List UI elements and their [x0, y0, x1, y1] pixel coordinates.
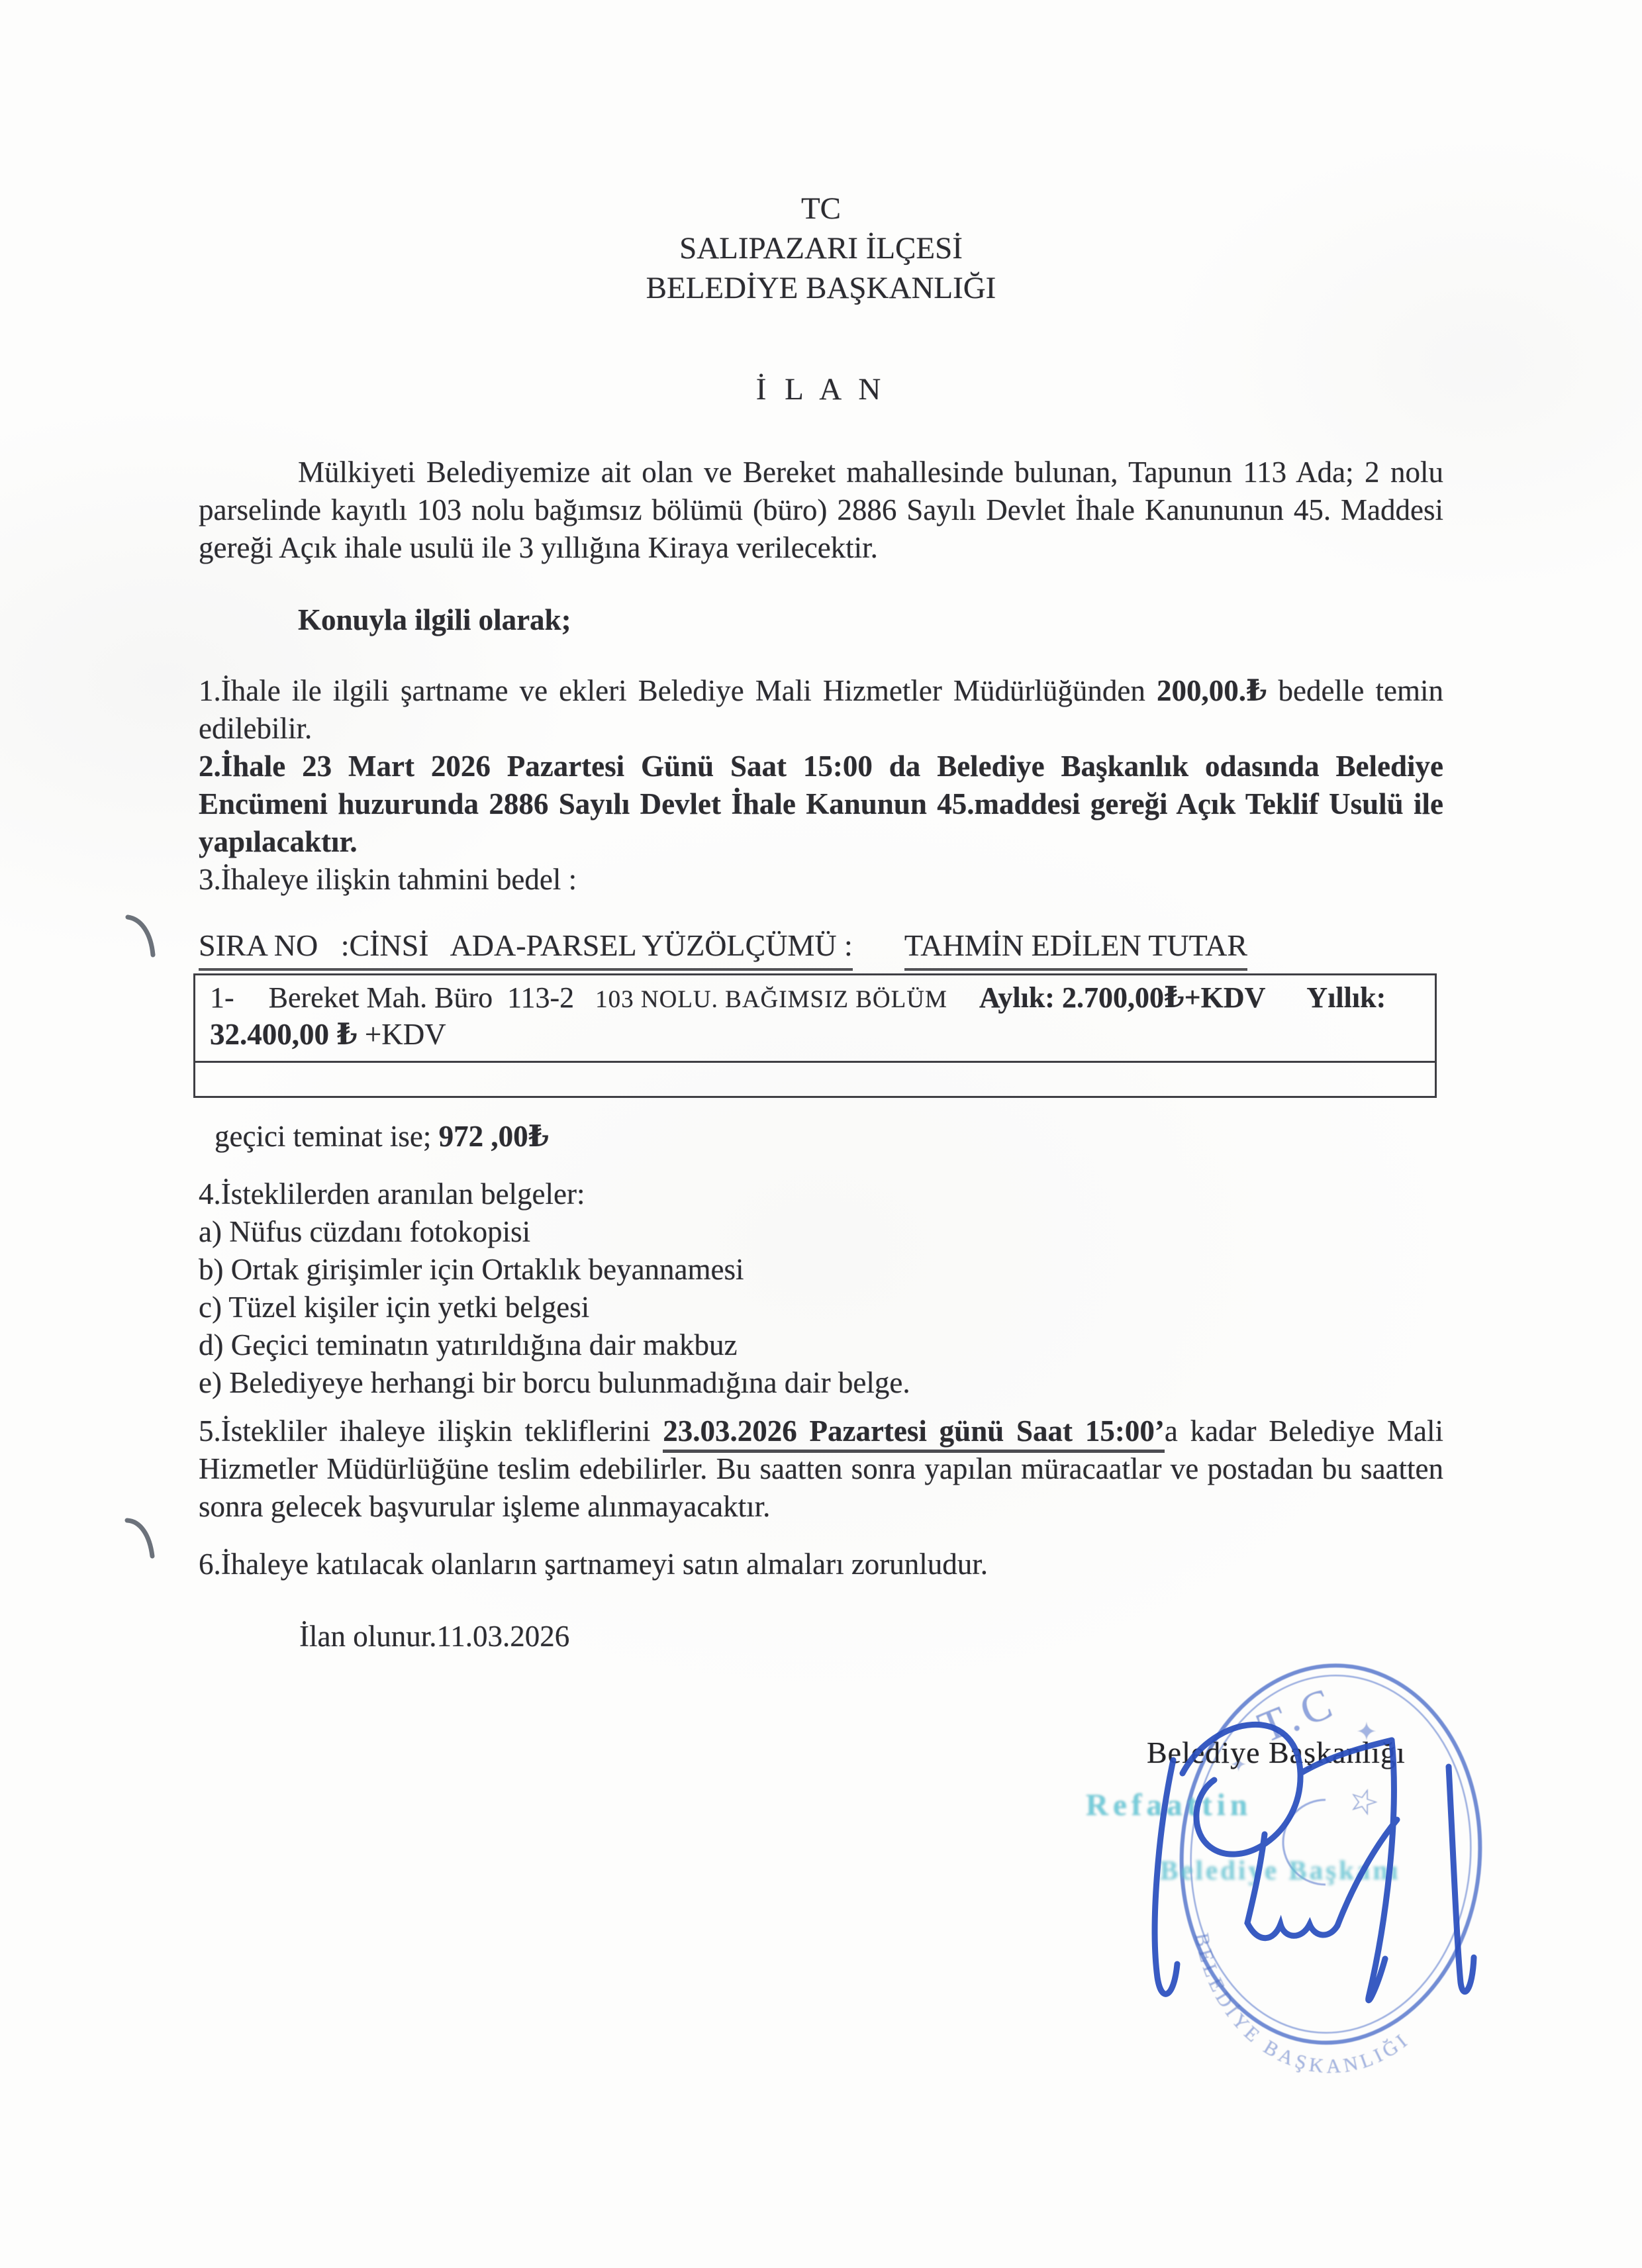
required-doc-a: a) Nüfus cüzdanı fotokopisi — [199, 1213, 1443, 1251]
required-doc-e: e) Belediyeye herhangi bir borcu bulunma… — [199, 1364, 1443, 1402]
letterhead: TC SALIPAZARI İLÇESİ BELEDİYE BAŞKANLIĞI — [199, 189, 1443, 308]
row-yearly-amount: 32.400,00 ₺ — [210, 1018, 358, 1051]
row-yearly-label: Yıllık: — [1306, 981, 1386, 1014]
deposit-text: geçici teminat ise; — [215, 1120, 439, 1153]
intro-paragraph: Mülkiyeti Belediyemize ait olan ve Berek… — [199, 454, 1443, 567]
table-row-line1: 1-Bereket Mah. Büro 113-2103 NOLU. BAĞIM… — [210, 981, 1420, 1017]
letterhead-line-tc: TC — [199, 189, 1443, 228]
list-item-3: 3.İhaleye ilişkin tahmini bedel : — [199, 861, 1443, 899]
row-unit: 103 NOLU. BAĞIMSIZ BÖLÜM — [595, 986, 947, 1013]
table-row-line2: 32.400,00 ₺ +KDV — [210, 1017, 1420, 1052]
list-item-5: 5.İstekliler ihaleye ilişkin tekliflerin… — [199, 1412, 1443, 1526]
handwritten-signature — [1020, 1642, 1602, 2159]
required-doc-c: c) Tüzel kişiler için yetki belgesi — [199, 1289, 1443, 1326]
list-item-6: 6.İhaleye katılacak olanların şartnameyi… — [199, 1546, 1443, 1583]
item5-deadline: 23.03.2026 Pazartesi günü Saat 15:00’ — [663, 1414, 1165, 1453]
table-empty-row — [195, 1061, 1435, 1096]
row-yearly-kdv: +KDV — [365, 1018, 446, 1051]
item5-text: 5.İstekliler ihaleye ilişkin tekliflerin… — [199, 1414, 663, 1448]
list-item-1: 1.İhale ile ilgili şartname ve ekleri Be… — [199, 672, 1443, 748]
table-header-right: TAHMİN EDİLEN TUTAR — [904, 926, 1247, 971]
subject-heading: Konuyla ilgili olarak; — [298, 601, 1443, 639]
letterhead-line-district: SALIPAZARI İLÇESİ — [199, 228, 1443, 268]
item1-fee-amount: 200,00.₺ — [1157, 674, 1267, 707]
item1-text: 1.İhale ile ilgili şartname ve ekleri Be… — [199, 674, 1157, 707]
page-title: İ L A N — [199, 371, 1443, 409]
required-doc-b: b) Ortak girişimler için Ortaklık beyann… — [199, 1251, 1443, 1289]
row-number: 1- — [210, 981, 234, 1014]
deposit-amount: 972 ,00₺ — [439, 1120, 549, 1153]
required-doc-d: d) Geçici teminatın yatırıldığına dair m… — [199, 1326, 1443, 1364]
signature-block: T.C ✦ ✦ ☆ BELEDİYE BAŞKANLIĞI Refaattin … — [1020, 1642, 1602, 2159]
table-row: 1-Bereket Mah. Büro 113-2103 NOLU. BAĞIM… — [195, 975, 1435, 1061]
margin-pen-mark — [123, 912, 163, 963]
letterhead-line-municipality: BELEDİYE BAŞKANLIĞI — [199, 268, 1443, 308]
list-item-2: 2.İhale 23 Mart 2026 Pazartesi Günü Saat… — [199, 748, 1443, 861]
table-header-left: SIRA NO :CİNSİ ADA-PARSEL YÜZÖLÇÜMÜ : — [199, 926, 853, 971]
margin-pen-mark — [123, 1515, 163, 1565]
table-header: SIRA NO :CİNSİ ADA-PARSEL YÜZÖLÇÜMÜ : TA… — [199, 926, 1443, 971]
row-monthly-amount: Aylık: 2.700,00₺+KDV — [979, 981, 1266, 1014]
scanned-announcement-page: TC SALIPAZARI İLÇESİ BELEDİYE BAŞKANLIĞI… — [0, 0, 1642, 2268]
estimate-table: 1-Bereket Mah. Büro 113-2103 NOLU. BAĞIM… — [193, 973, 1437, 1098]
row-type: Bereket Mah. Büro 113-2 — [269, 981, 574, 1014]
deposit-line: geçici teminat ise; 972 ,00₺ — [215, 1118, 1443, 1156]
list-item-4: 4.İsteklilerden aranılan belgeler: — [199, 1175, 1443, 1213]
